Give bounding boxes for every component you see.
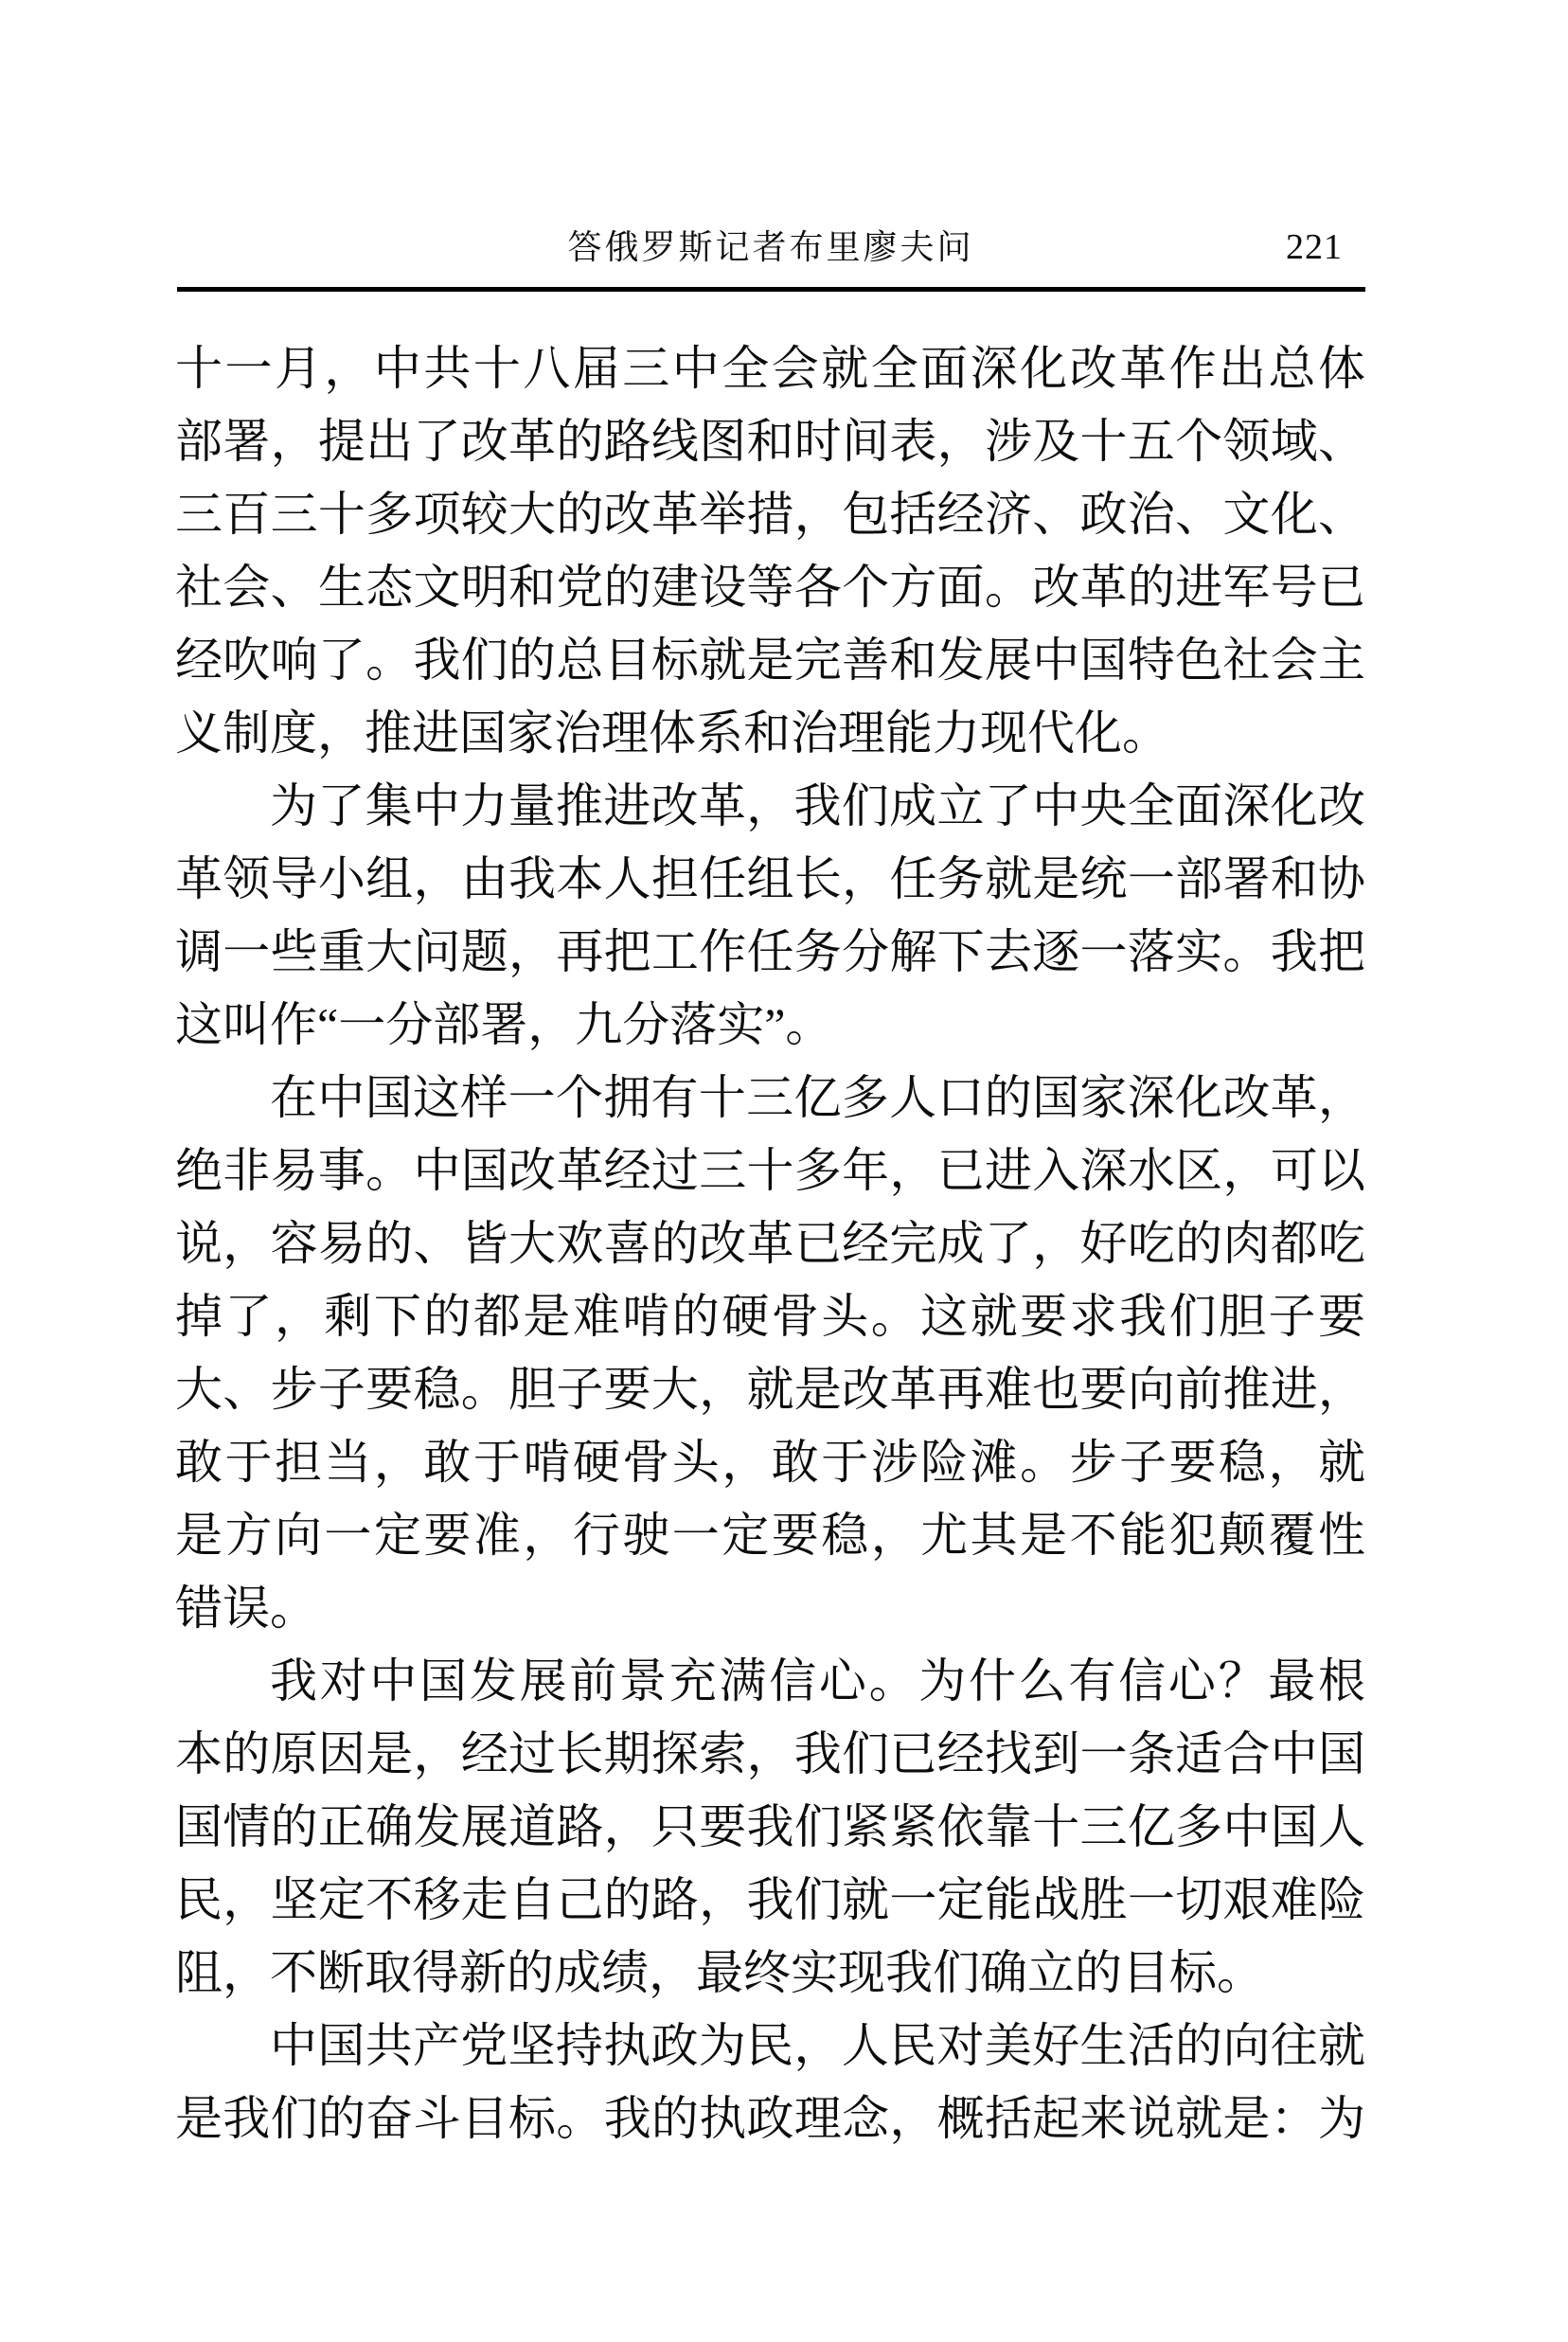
text-line: 十一月，中共十八届三中全会就全面深化改革作出总体 <box>175 332 1365 405</box>
text-line: 敢于担当，敢于啃硬骨头，敢于涉险滩。步子要稳，就 <box>175 1426 1365 1499</box>
text-line: 是方向一定要准，行驶一定要稳，尤其是不能犯颠覆性 <box>175 1499 1365 1572</box>
text-line: 义制度，推进国家治理体系和治理能力现代化。 <box>175 697 1365 770</box>
text-line: 社会、生态文明和党的建设等各个方面。改革的进军号已 <box>175 551 1365 624</box>
text-line: 本的原因是，经过长期探索，我们已经找到一条适合中国 <box>175 1718 1365 1791</box>
running-head: 答俄罗斯记者布里廖夫问 221 <box>176 225 1365 269</box>
text-line: 我对中国发展前景充满信心。为什么有信心？最根 <box>175 1645 1365 1718</box>
text-line: 革领导小组，由我本人担任组长，任务就是统一部署和协 <box>175 843 1365 916</box>
text-line: 绝非易事。中国改革经过三十多年，已进入深水区，可以 <box>175 1135 1365 1207</box>
text-line: 在中国这样一个拥有十三亿多人口的国家深化改革， <box>175 1062 1365 1135</box>
text-line: 为了集中力量推进改革，我们成立了中央全面深化改 <box>175 770 1365 843</box>
text-line: 国情的正确发展道路，只要我们紧紧依靠十三亿多中国人 <box>175 1791 1365 1864</box>
text-line: 阻，不断取得新的成绩，最终实现我们确立的目标。 <box>175 1937 1365 2010</box>
text-line: 三百三十多项较大的改革举措，包括经济、政治、文化、 <box>175 478 1365 551</box>
text-line: 说，容易的、皆大欢喜的改革已经完成了，好吃的肉都吃 <box>175 1207 1365 1280</box>
text-line: 是我们的奋斗目标。我的执政理念，概括起来说就是：为 <box>175 2083 1365 2155</box>
text-line: 大、步子要稳。胆子要大，就是改革再难也要向前推进， <box>175 1353 1365 1426</box>
chapter-title: 答俄罗斯记者布里廖夫问 <box>176 225 1365 269</box>
text-line: 经吹响了。我们的总目标就是完善和发展中国特色社会主 <box>175 624 1365 697</box>
text-line: 部署，提出了改革的路线图和时间表，涉及十五个领域、 <box>175 405 1365 478</box>
text-line: 这叫作“一分部署，九分落实”。 <box>175 989 1365 1062</box>
text-line: 中国共产党坚持执政为民，人民对美好生活的向往就 <box>175 2010 1365 2083</box>
body-text: 十一月，中共十八届三中全会就全面深化改革作出总体部署，提出了改革的路线图和时间表… <box>175 332 1365 2155</box>
header-rule <box>177 287 1365 292</box>
text-line: 民，坚定不移走自己的路，我们就一定能战胜一切艰难险 <box>175 1864 1365 1937</box>
page-number: 221 <box>1286 225 1343 269</box>
text-line: 掉了，剩下的都是难啃的硬骨头。这就要求我们胆子要 <box>175 1280 1365 1353</box>
text-line: 错误。 <box>175 1572 1365 1645</box>
text-line: 调一些重大问题，再把工作任务分解下去逐一落实。我把 <box>175 916 1365 989</box>
book-page: 答俄罗斯记者布里廖夫问 221 十一月，中共十八届三中全会就全面深化改革作出总体… <box>0 0 1568 2342</box>
